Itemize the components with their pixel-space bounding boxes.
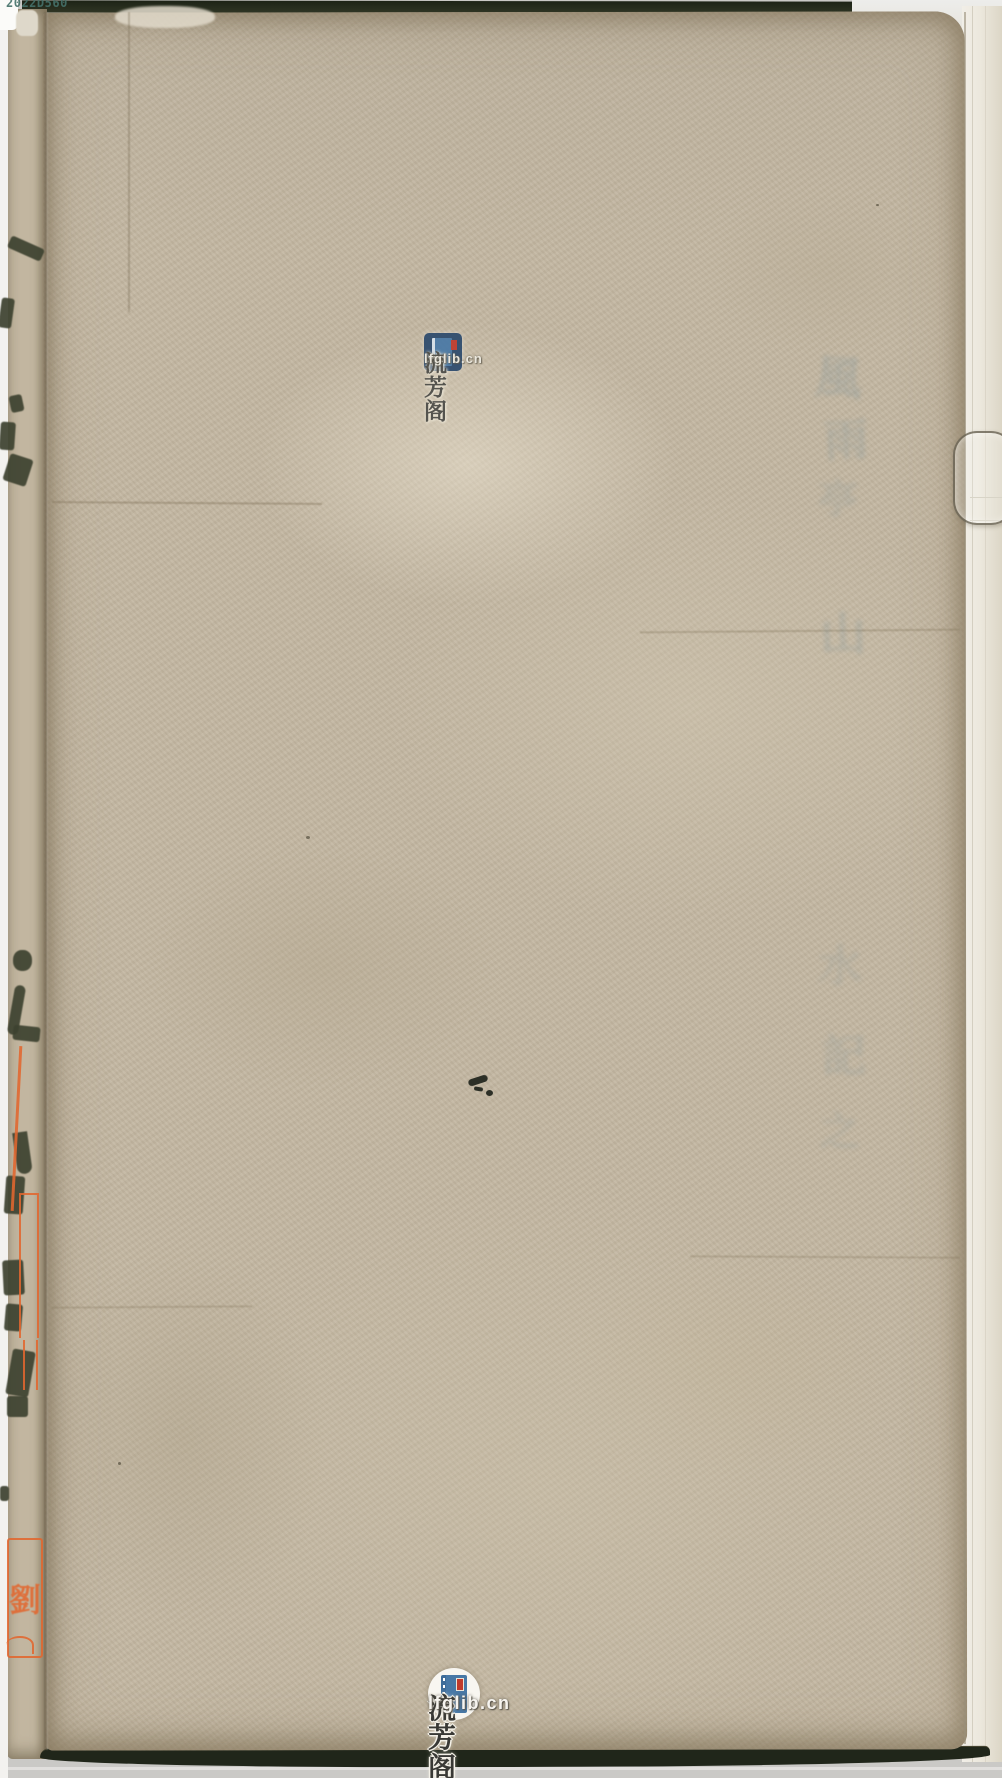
blank-page bbox=[43, 11, 967, 1750]
paper-speck bbox=[118, 1462, 121, 1465]
bleed-through-glyph: 雨 bbox=[822, 403, 869, 469]
fore-edge-strip bbox=[962, 6, 1002, 1762]
page-right-edge-shadow bbox=[964, 12, 966, 1744]
seal-border-fragment bbox=[19, 1193, 39, 1338]
ink-stroke-fragment bbox=[0, 1486, 9, 1501]
seal-glyph: 劉 bbox=[9, 1575, 41, 1621]
scan-left-margin bbox=[0, 0, 8, 1778]
bleed-through-glyph: 亭 bbox=[817, 467, 859, 525]
bleed-through-glyph: 山 bbox=[819, 597, 867, 665]
ink-stroke-fragment bbox=[7, 1396, 28, 1417]
page-edge-line bbox=[985, 6, 986, 1762]
paper-speck bbox=[876, 204, 879, 206]
deckle-edge-patch bbox=[16, 10, 38, 36]
deckle-edge-patch bbox=[115, 6, 215, 28]
book-label-shape bbox=[456, 1678, 464, 1691]
bleed-through-glyph: 之 bbox=[820, 1100, 860, 1157]
watermark-site-text: lfglib.cn bbox=[424, 352, 483, 366]
paper-crease bbox=[128, 12, 130, 312]
ink-stroke-fragment bbox=[12, 1025, 40, 1043]
watermark-site-text: lfglib.cn bbox=[428, 1694, 511, 1713]
scan-bottom-highlight bbox=[0, 1767, 1002, 1770]
bleed-through-glyph: 記 bbox=[822, 1020, 866, 1084]
page-edge-line bbox=[972, 6, 973, 1762]
scanned-page: 劉 風 雨 亭 山 水 記 之 2022D560 流芳阁 lfglib.cn bbox=[0, 0, 1002, 1778]
previous-page-sliver bbox=[7, 9, 47, 1759]
ink-stroke-fragment bbox=[13, 950, 32, 971]
ink-stroke-fragment bbox=[0, 422, 16, 451]
bleed-through-glyph: 風 bbox=[814, 340, 864, 409]
page-clip bbox=[953, 431, 1002, 525]
seal-border-fragment bbox=[6, 1636, 34, 1654]
seal-border-fragment bbox=[23, 1340, 38, 1390]
book-label-shape bbox=[451, 340, 457, 350]
binding-crease bbox=[43, 12, 48, 1750]
scan-id-label: 2022D560 bbox=[6, 0, 68, 10]
bleed-through-glyph: 水 bbox=[818, 930, 862, 994]
ink-smudge bbox=[486, 1090, 493, 1096]
paper-speck bbox=[306, 836, 310, 839]
